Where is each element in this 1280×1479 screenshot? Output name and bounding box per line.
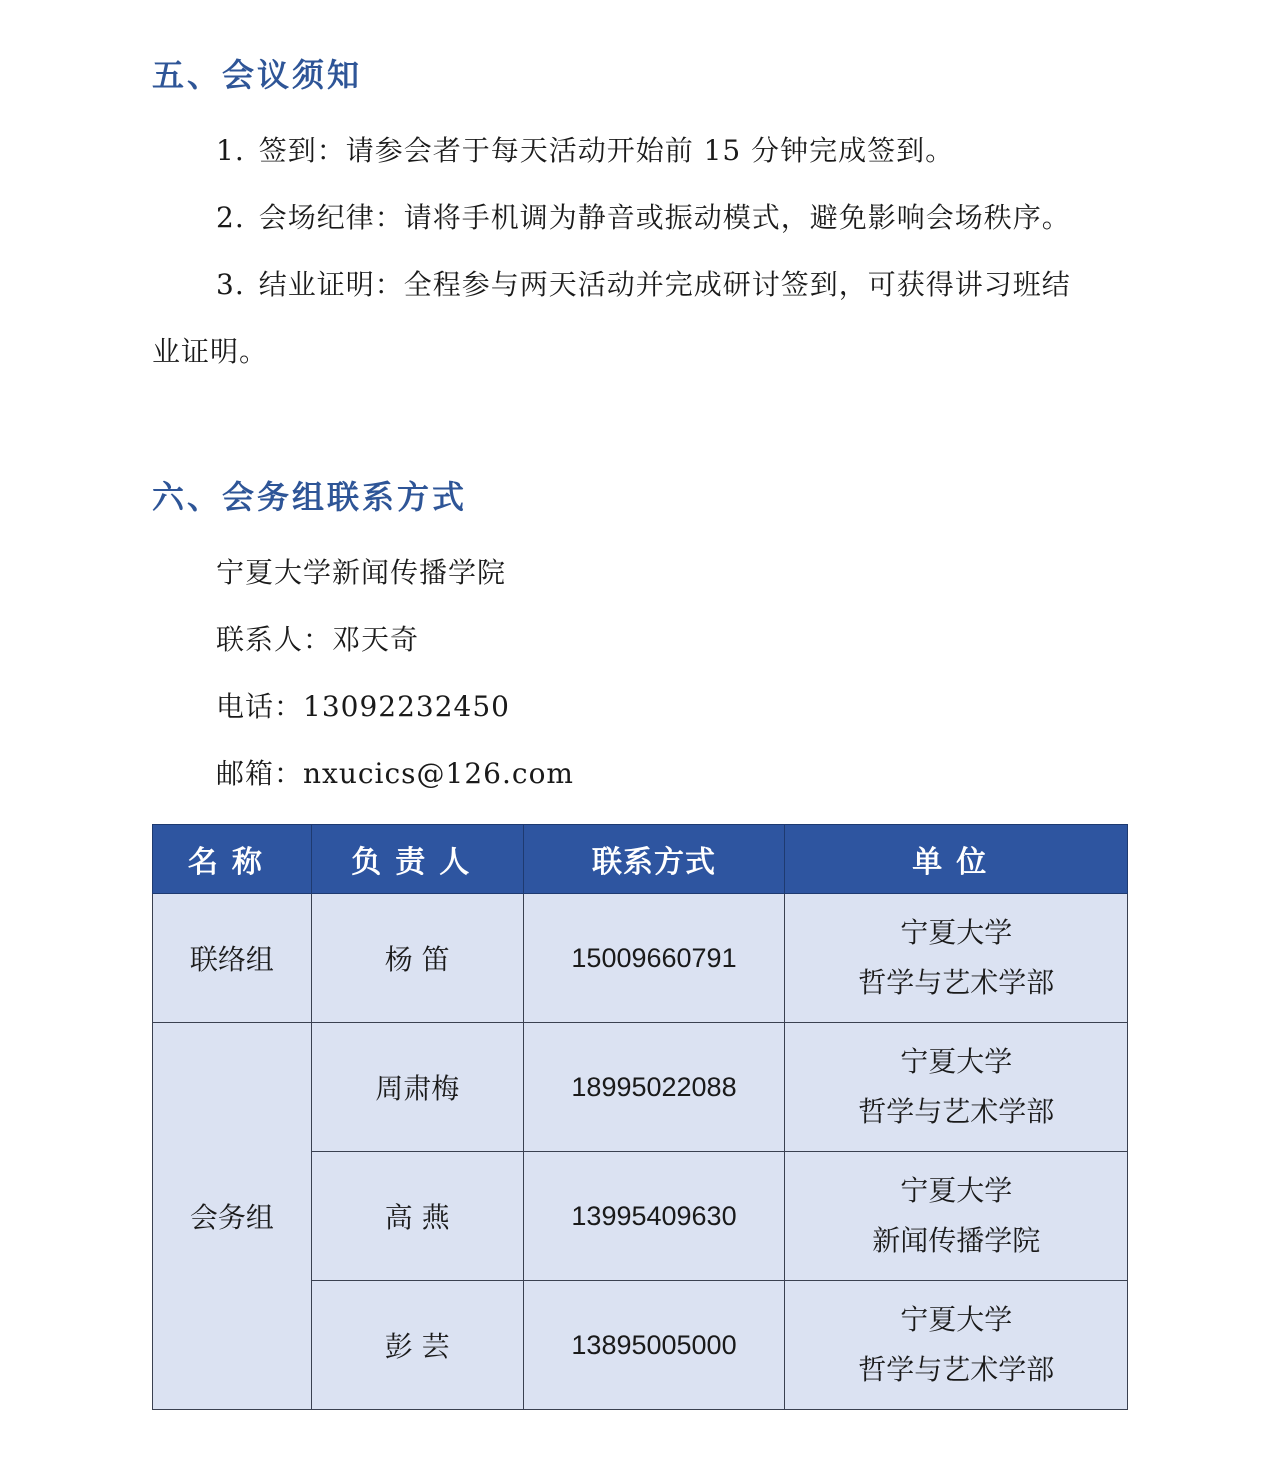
unit-line: 宁夏大学: [785, 1166, 1127, 1216]
contact-email: 邮箱：nxucics@126.com: [216, 757, 574, 791]
unit: 宁夏大学新闻传播学院: [785, 1152, 1128, 1281]
notice-item-certificate: 3.结业证明：全程参与两天活动并完成研讨签到，可获得讲习班结: [216, 268, 1071, 302]
table-row: 会务组 周肃梅 18995022088 宁夏大学哲学与艺术学部: [153, 1023, 1128, 1152]
unit-line: 哲学与艺术学部: [785, 1087, 1127, 1137]
unit: 宁夏大学哲学与艺术学部: [785, 1281, 1128, 1410]
section-heading-contact: 六、会务组联系方式: [152, 472, 467, 518]
unit-line: 新闻传播学院: [785, 1216, 1127, 1266]
phone-number: 13995409630: [523, 1152, 785, 1281]
item-text: 签到：请参会者于每天活动开始前 15 分钟完成签到。: [259, 134, 954, 167]
item-number: 3.: [216, 268, 245, 301]
table-row: 联络组 杨 笛 15009660791 宁夏大学哲学与艺术学部: [153, 894, 1128, 1023]
header-contact: 联系方式: [523, 825, 785, 894]
notice-item-certificate-continuation: 业证明。: [152, 335, 268, 369]
item-text: 结业证明：全程参与两天活动并完成研讨签到，可获得讲习班结: [259, 268, 1071, 301]
contact-table: 名称 负责人 联系方式 单位 联络组 杨 笛 15009660791 宁夏大学哲…: [152, 824, 1128, 1410]
unit-line: 哲学与艺术学部: [785, 1345, 1127, 1395]
unit: 宁夏大学哲学与艺术学部: [785, 894, 1128, 1023]
item-number: 2.: [216, 201, 245, 234]
phone-number: 13895005000: [523, 1281, 785, 1410]
header-name: 名称: [153, 825, 312, 894]
phone-number: 18995022088: [523, 1023, 785, 1152]
unit-line: 宁夏大学: [785, 1295, 1127, 1345]
unit-line: 哲学与艺术学部: [785, 958, 1127, 1008]
person-name: 彭 芸: [311, 1281, 523, 1410]
group-name: 联络组: [153, 894, 312, 1023]
person-name: 高 燕: [311, 1152, 523, 1281]
contact-phone: 电话：13092232450: [216, 690, 510, 724]
item-number: 1.: [216, 134, 245, 167]
phone-number: 15009660791: [523, 894, 785, 1023]
notice-item-discipline: 2.会场纪律：请将手机调为静音或振动模式，避免影响会场秩序。: [216, 201, 1071, 235]
notice-item-checkin: 1.签到：请参会者于每天活动开始前 15 分钟完成签到。: [216, 134, 954, 168]
contact-organization: 宁夏大学新闻传播学院: [216, 556, 506, 590]
unit-line: 宁夏大学: [785, 908, 1127, 958]
header-person: 负责人: [311, 825, 523, 894]
header-unit: 单位: [785, 825, 1128, 894]
contact-person: 联系人：邓天奇: [216, 623, 419, 657]
person-name: 周肃梅: [311, 1023, 523, 1152]
table-header-row: 名称 负责人 联系方式 单位: [153, 825, 1128, 894]
person-name: 杨 笛: [311, 894, 523, 1023]
unit-line: 宁夏大学: [785, 1037, 1127, 1087]
section-heading-meeting-notice: 五、会议须知: [152, 50, 362, 96]
unit: 宁夏大学哲学与艺术学部: [785, 1023, 1128, 1152]
group-name: 会务组: [153, 1023, 312, 1410]
item-text: 会场纪律：请将手机调为静音或振动模式，避免影响会场秩序。: [259, 201, 1071, 234]
